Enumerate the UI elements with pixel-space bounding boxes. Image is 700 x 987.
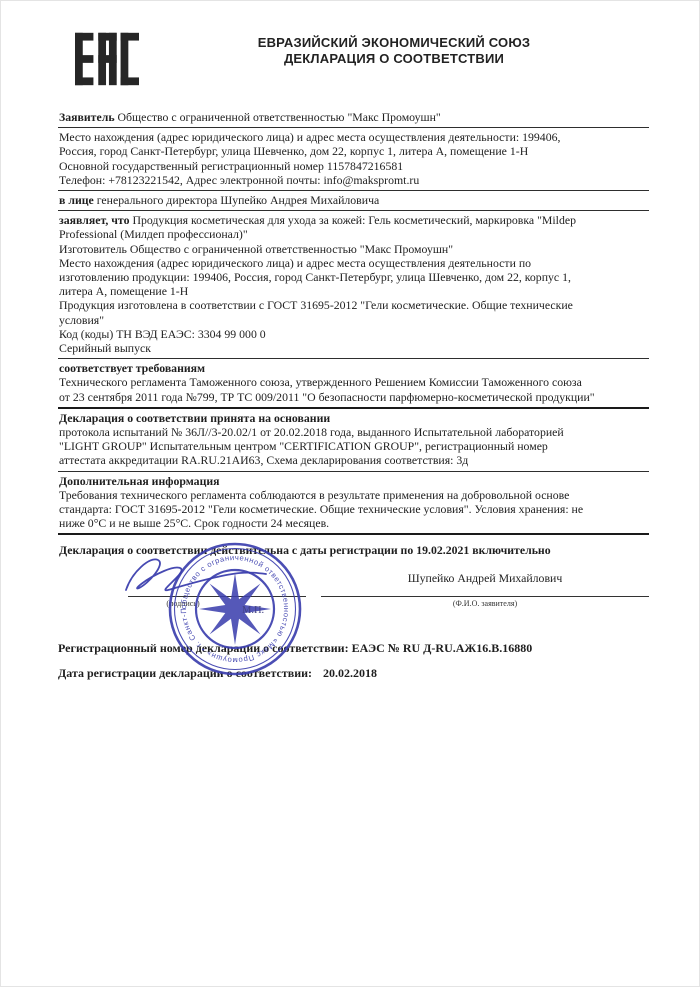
basis-heading: Декларация о соответствии принята на осн…	[59, 411, 648, 425]
additional-info-line: ниже 0°С и не выше 25°С. Срок годности 2…	[59, 516, 648, 530]
registration-number-line: Регистрационный номер декларации о соотв…	[58, 636, 649, 661]
section-represented-by: в лице генерального директора Шупейко Ан…	[58, 191, 649, 211]
manufacturer-address-line: изготовлению продукции: 199406, Россия, …	[59, 270, 648, 284]
basis-line: аттестата аккредитации RA.RU.21АИ63, Схе…	[59, 453, 648, 467]
section-additional-info: Дополнительная информация Требования тех…	[58, 472, 649, 536]
stamp-mp-text: М.П.	[242, 605, 264, 616]
document-body: Заявитель Общество с ограниченной ответс…	[58, 108, 649, 686]
signer-name-caption: (Ф.И.О. заявителя)	[321, 599, 649, 608]
declares-text: Продукция косметическая для ухода за кож…	[132, 213, 576, 227]
manufacturer-line: Изготовитель Общество с ограниченной отв…	[59, 242, 648, 256]
basis-line: протокола испытаний № 36Л//3-20.02/1 от …	[59, 425, 648, 439]
document-content: ЕВРАЗИЙСКИЙ ЭКОНОМИЧЕСКИЙ СОЮЗ ДЕКЛАРАЦИ…	[58, 1, 649, 686]
registration-block: Регистрационный номер декларации о соотв…	[58, 636, 649, 686]
requirements-heading: соответствует требованиям	[59, 361, 648, 375]
eac-logo	[75, 32, 139, 86]
additional-info-line: Требования технического регламента соблю…	[59, 488, 648, 502]
additional-info-heading: Дополнительная информация	[59, 474, 648, 488]
product-line: Professional (Милдеп профессионал)"	[59, 227, 648, 241]
requirements-line: от 23 сентября 2011 года №799, ТР ТС 009…	[59, 390, 648, 404]
registration-date-line: Дата регистрации декларации о соответств…	[58, 661, 649, 686]
additional-info-line: стандарта: ГОСТ 31695-2012 "Гели космети…	[59, 502, 648, 516]
tnved-code-line: Код (коды) ТН ВЭД ЕАЭС: 3304 99 000 0	[59, 327, 648, 341]
applicant-address-line: Россия, город Санкт-Петербург, улица Шев…	[59, 144, 648, 158]
eac-logo-icon	[75, 32, 139, 86]
manufacturer-address-line: Место нахождения (адрес юридического лиц…	[59, 256, 648, 270]
registration-date-value: 20.02.2018	[323, 666, 377, 680]
section-applicant-details: Место нахождения (адрес юридического лиц…	[58, 128, 649, 191]
section-product: заявляет, что Продукция косметическая дл…	[58, 211, 649, 359]
signer-name-line	[321, 596, 649, 597]
declares-line: заявляет, что Продукция косметическая дл…	[59, 213, 648, 227]
declaration-document: ЕВРАЗИЙСКИЙ ЭКОНОМИЧЕСКИЙ СОЮЗ ДЕКЛАРАЦИ…	[0, 0, 700, 987]
requirements-line: Технического регламента Таможенного союз…	[59, 375, 648, 389]
represented-by-label: в лице	[59, 193, 94, 207]
applicant-address-line: Место нахождения (адрес юридического лиц…	[59, 130, 648, 144]
basis-line: "LIGHT GROUP" Испытательным центром "CER…	[59, 439, 648, 453]
signer-name: Шупейко Андрей Михайлович	[321, 571, 649, 586]
section-basis: Декларация о соответствии принята на осн…	[58, 409, 649, 472]
document-header: ЕВРАЗИЙСКИЙ ЭКОНОМИЧЕСКИЙ СОЮЗ ДЕКЛАРАЦИ…	[58, 32, 649, 86]
round-stamp: общество с ограниченной ответственностью…	[162, 536, 308, 682]
declares-label: заявляет, что	[59, 213, 129, 227]
title-line-1: ЕВРАЗИЙСКИЙ ЭКОНОМИЧЕСКИЙ СОЮЗ	[139, 35, 649, 51]
serial-release-line: Серийный выпуск	[59, 341, 648, 355]
section-applicant: Заявитель Общество с ограниченной ответс…	[58, 108, 649, 128]
section-requirements: соответствует требованиям Технического р…	[58, 359, 649, 409]
title-line-2: ДЕКЛАРАЦИЯ О СООТВЕТСТВИИ	[139, 51, 649, 67]
applicant-label: Заявитель	[59, 110, 115, 124]
applicant-ogrn-line: Основной государственный регистрационный…	[59, 159, 648, 173]
signature-area: (подпись) Шупейко Андрей Михайлович (Ф.И…	[58, 562, 649, 628]
document-title: ЕВРАЗИЙСКИЙ ЭКОНОМИЧЕСКИЙ СОЮЗ ДЕКЛАРАЦИ…	[139, 32, 649, 66]
manufacturer-address-line: литера А, помещение 1-Н	[59, 284, 648, 298]
represented-by-value: генерального директора Шупейко Андрея Ми…	[97, 193, 380, 207]
gost-line: условия"	[59, 313, 648, 327]
applicant-value: Общество с ограниченной ответственностью…	[118, 110, 441, 124]
applicant-contacts-line: Телефон: +78123221542, Адрес электронной…	[59, 173, 648, 187]
gost-line: Продукция изготовлена в соответствии с Г…	[59, 298, 648, 312]
